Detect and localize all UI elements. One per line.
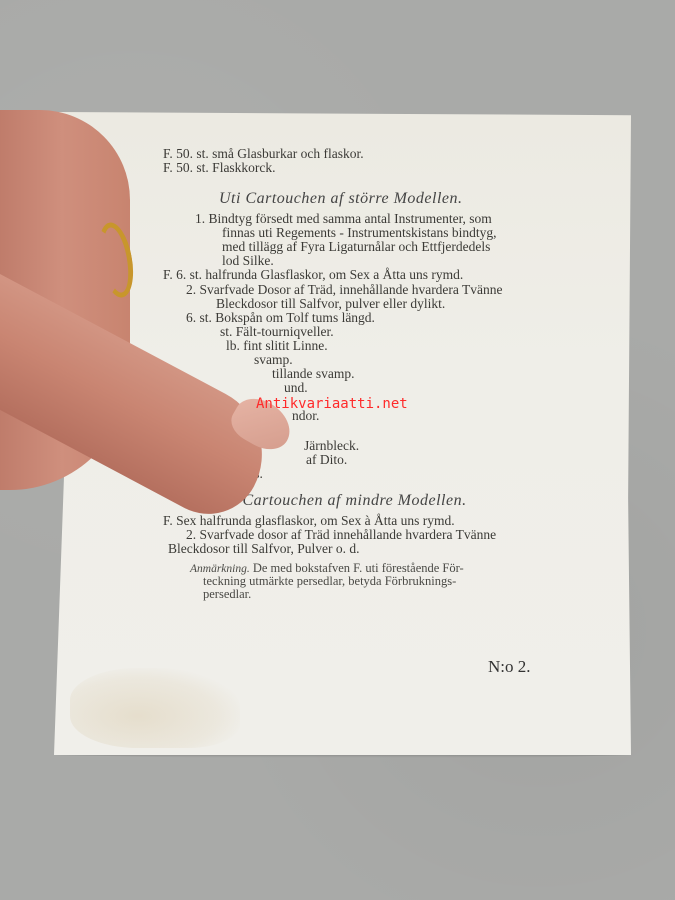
item-line: Bleckdosor till Salfvor, Pulver o. d.: [168, 542, 359, 555]
item-line: F. 6. st. halfrunda Glasflaskor, om Sex …: [163, 268, 463, 281]
item-line: 2. Svarfvade Dosor af Träd, innehållande…: [186, 283, 503, 296]
item-line: st. Fält-tourniqveller.: [220, 325, 334, 338]
item-line: F. Sex halfrunda glasflaskor, om Sex à Å…: [163, 514, 455, 527]
line-flaskkorck: F. 50. st. Flaskkorck.: [163, 161, 276, 174]
note-text: De med bokstafven F. uti förestående För…: [253, 561, 464, 575]
item-line: lod Silke.: [222, 254, 274, 267]
item-line: und.: [284, 381, 308, 394]
item-line: tillande svamp.: [272, 367, 354, 380]
line-glasburkar: F. 50. st. små Glasburkar och flaskor.: [163, 147, 364, 160]
item-line: lb. fint slitit Linne.: [226, 339, 328, 352]
water-stain: [70, 668, 240, 748]
section-heading-mindre: Uti Cartouchen af mindre Modellen.: [216, 492, 467, 510]
item-line: svamp.: [254, 353, 293, 366]
item-line: af Dito.: [306, 453, 347, 466]
item-line: 6. st. Bokspån om Tolf tums längd.: [186, 311, 375, 324]
section-heading-storre: Uti Cartouchen af större Modellen.: [219, 190, 463, 208]
watermark: Antikvariaatti.net: [256, 396, 408, 412]
item-line: Järnbleck.: [304, 439, 359, 452]
item-line: 2. Svarfvade dosor af Träd innehållande …: [186, 528, 496, 541]
item-line: finnas uti Regements - Instrumentskistan…: [222, 226, 496, 239]
page-number: N:o 2.: [488, 657, 531, 677]
item-line: med tillägg af Fyra Ligaturnålar och Ett…: [222, 240, 490, 253]
item-line: Bleckdosor till Salfvor, pulver eller dy…: [216, 297, 445, 310]
item-line: 1. Bindtyg försedt med samma antal Instr…: [195, 212, 492, 225]
note-line-3: persedlar.: [203, 588, 251, 601]
